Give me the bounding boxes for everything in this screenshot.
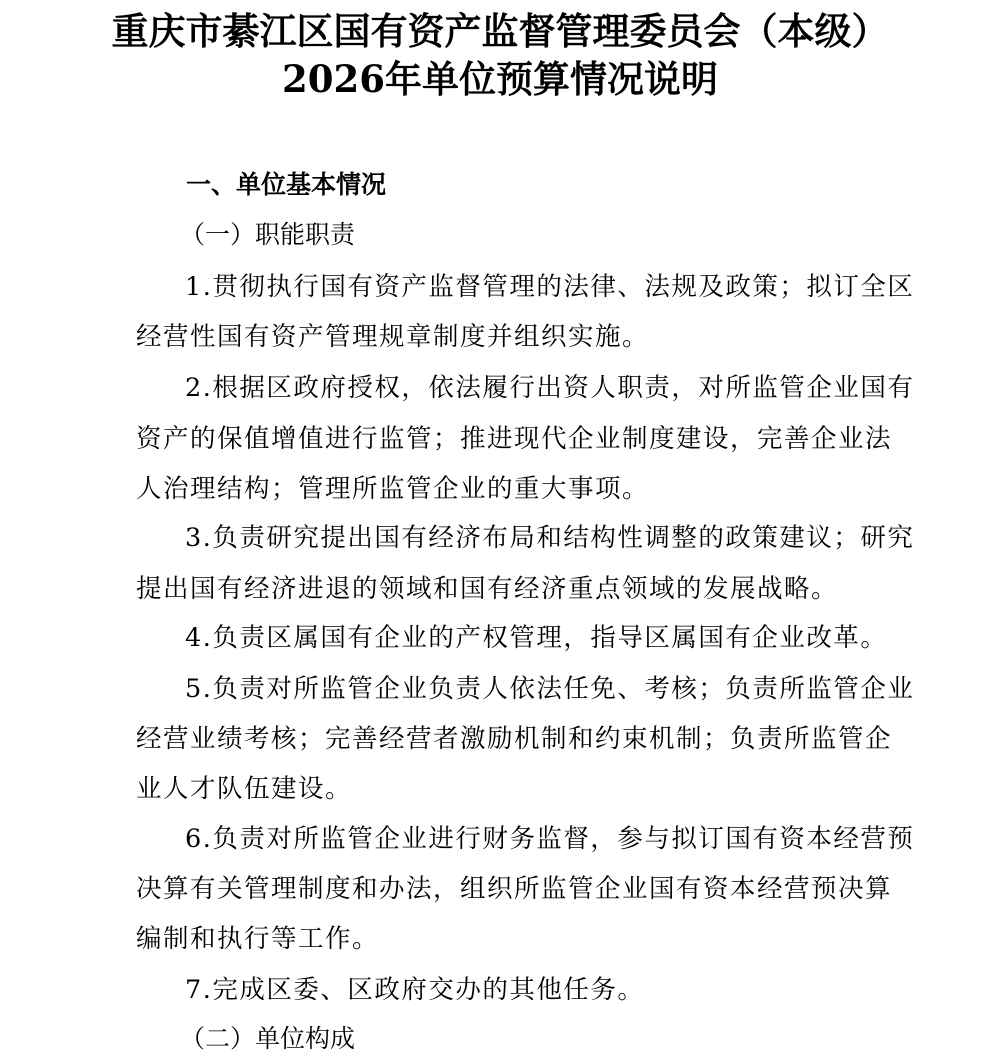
- paragraph-line: 业人才队伍建设。: [136, 769, 352, 809]
- paragraph-line: 编制和执行等工作。: [136, 919, 379, 959]
- paragraph-line: 经营性国有资产管理规章制度并组织实施。: [136, 317, 649, 357]
- paragraph-line: 2.根据区政府授权，依法履行出资人职责，对所监管企业国有: [185, 368, 914, 408]
- paragraph-line: 经营业绩考核；完善经营者激励机制和约束机制；负责所监管企: [136, 719, 892, 759]
- paragraph-line: 4.负责区属国有企业的产权管理，指导区属国有企业改革。: [185, 618, 887, 658]
- paragraph-line: 5.负责对所监管企业负责人依法任免、考核；负责所监管企业: [185, 669, 914, 709]
- subsection-heading-unit-composition: （二）单位构成: [180, 1019, 355, 1059]
- paragraph-line: 人治理结构；管理所监管企业的重大事项。: [136, 469, 649, 509]
- paragraph-line: 7.完成区委、区政府交办的其他任务。: [185, 970, 644, 1010]
- paragraph-line: 1.贯彻执行国有资产监督管理的法律、法规及政策；拟订全区: [185, 267, 914, 307]
- paragraph-line: 资产的保值增值进行监管；推进现代企业制度建设，完善企业法: [136, 419, 892, 459]
- section-heading-basic-info: 一、单位基本情况: [186, 165, 386, 205]
- paragraph-line: 决算有关管理制度和办法，组织所监管企业国有资本经营预决算: [136, 869, 892, 909]
- paragraph-line: 6.负责对所监管企业进行财务监督，参与拟订国有资本经营预: [185, 819, 914, 859]
- subsection-heading-functions: （一）职能职责: [180, 215, 355, 255]
- paragraph-line: 提出国有经济进退的领域和国有经济重点领域的发展战略。: [136, 569, 838, 609]
- document-title-line-1: 重庆市綦江区国有资产监督管理委员会（本级）: [0, 6, 1000, 56]
- document-title-line-2: 2026年单位预算情况说明: [0, 54, 1000, 104]
- paragraph-line: 3.负责研究提出国有经济布局和结构性调整的政策建议；研究: [185, 518, 914, 558]
